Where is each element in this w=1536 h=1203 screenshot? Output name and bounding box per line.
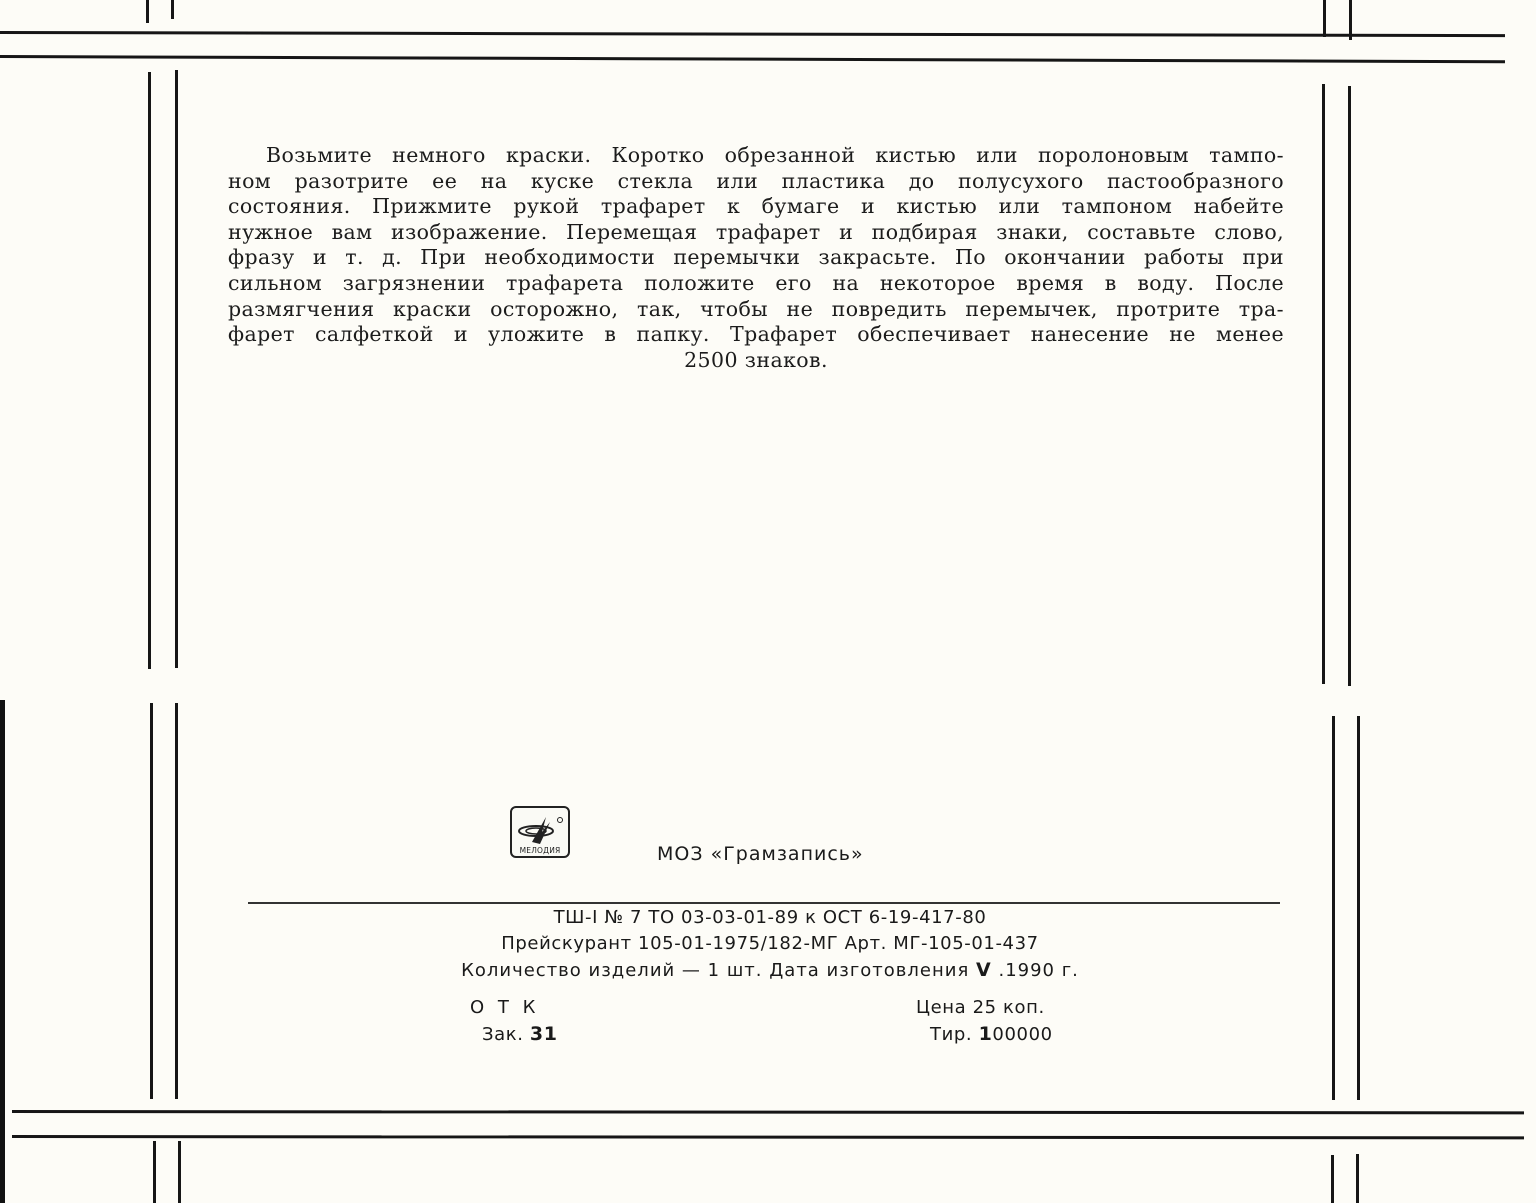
fold-line-top-1 — [0, 31, 1505, 37]
instructions-line: нужное вам изображение. Перемещая трафар… — [228, 220, 1284, 246]
instructions-line: фарет салфеткой и уложите в папку. Трафа… — [228, 322, 1284, 348]
order-label: Зак. — [482, 1024, 524, 1045]
crop-mark-top-right-1 — [1323, 0, 1326, 37]
crop-mark-bottom-left-1 — [153, 1141, 156, 1203]
side-line-left-4 — [175, 703, 178, 1099]
imprint-manufacture-suffix: .1990 г. — [998, 960, 1078, 981]
order-stamp: 31 — [530, 1023, 558, 1045]
side-line-left-2 — [175, 70, 178, 668]
instructions-paragraph: Возьмите немного краски. Коротко обрезан… — [228, 143, 1284, 373]
crop-mark-bottom-right-2 — [1356, 1154, 1359, 1203]
price-label: Цена 25 коп. — [916, 997, 1045, 1018]
print-run: Тир. 100000 — [930, 1023, 1053, 1045]
imprint-manufacture-prefix: Количество изделий — 1 шт. Дата изготовл… — [461, 960, 969, 981]
order-number: Зак. 31 — [482, 1023, 558, 1045]
instructions-line: ном разотрите ее на куске стекла или пла… — [228, 169, 1284, 195]
instructions-line: сильном загрязнении трафарета положите е… — [228, 271, 1284, 297]
otk-label: О Т К — [470, 997, 539, 1018]
imprint-pricelist: Прейскурант 105-01-1975/182-МГ Арт. МГ-1… — [380, 933, 1160, 954]
imprint-manufacture: Количество изделий — 1 шт. Дата изготовл… — [380, 959, 1160, 981]
logo-text: МЕЛОДИЯ — [514, 846, 566, 855]
fold-line-bottom-1 — [12, 1110, 1524, 1114]
instructions-line: фразу и т. д. При необходимости перемычк… — [228, 245, 1284, 271]
scan-edge-shadow — [0, 700, 5, 1203]
melodiya-logo: МЕЛОДИЯ — [510, 806, 570, 858]
month-stamp: V — [976, 959, 992, 981]
imprint-divider — [248, 902, 1280, 904]
fold-line-bottom-2 — [12, 1135, 1524, 1139]
run-stamp-digit: 1 — [979, 1023, 993, 1045]
side-line-right-1 — [1322, 84, 1325, 684]
crop-mark-bottom-right-1 — [1331, 1155, 1334, 1203]
imprint-standard: ТШ-I № 7 ТО 03-03-01-89 к ОСТ 6-19-417-8… — [380, 907, 1160, 928]
crop-mark-top-left-2 — [171, 0, 174, 19]
publisher-name: МОЗ «Грамзапись» — [657, 843, 864, 865]
crop-mark-bottom-left-2 — [178, 1141, 181, 1203]
run-value: 00000 — [992, 1024, 1052, 1045]
instructions-line: состояния. Прижмите рукой трафарет к бум… — [228, 194, 1284, 220]
crop-mark-top-right-2 — [1349, 0, 1352, 40]
instructions-line: Возьмите немного краски. Коротко обрезан… — [228, 143, 1284, 169]
crop-mark-top-left-1 — [146, 0, 149, 23]
instructions-line-final: 2500 знаков. — [228, 348, 1284, 374]
fold-line-top-2 — [0, 55, 1505, 63]
side-line-right-2 — [1348, 86, 1351, 686]
side-line-left-3 — [150, 703, 153, 1099]
run-label: Тир. — [930, 1024, 972, 1045]
side-line-right-4 — [1357, 716, 1360, 1100]
side-line-right-3 — [1332, 716, 1335, 1100]
instructions-line: размягчения краски осторожно, так, чтобы… — [228, 297, 1284, 323]
side-line-left-1 — [148, 72, 151, 669]
